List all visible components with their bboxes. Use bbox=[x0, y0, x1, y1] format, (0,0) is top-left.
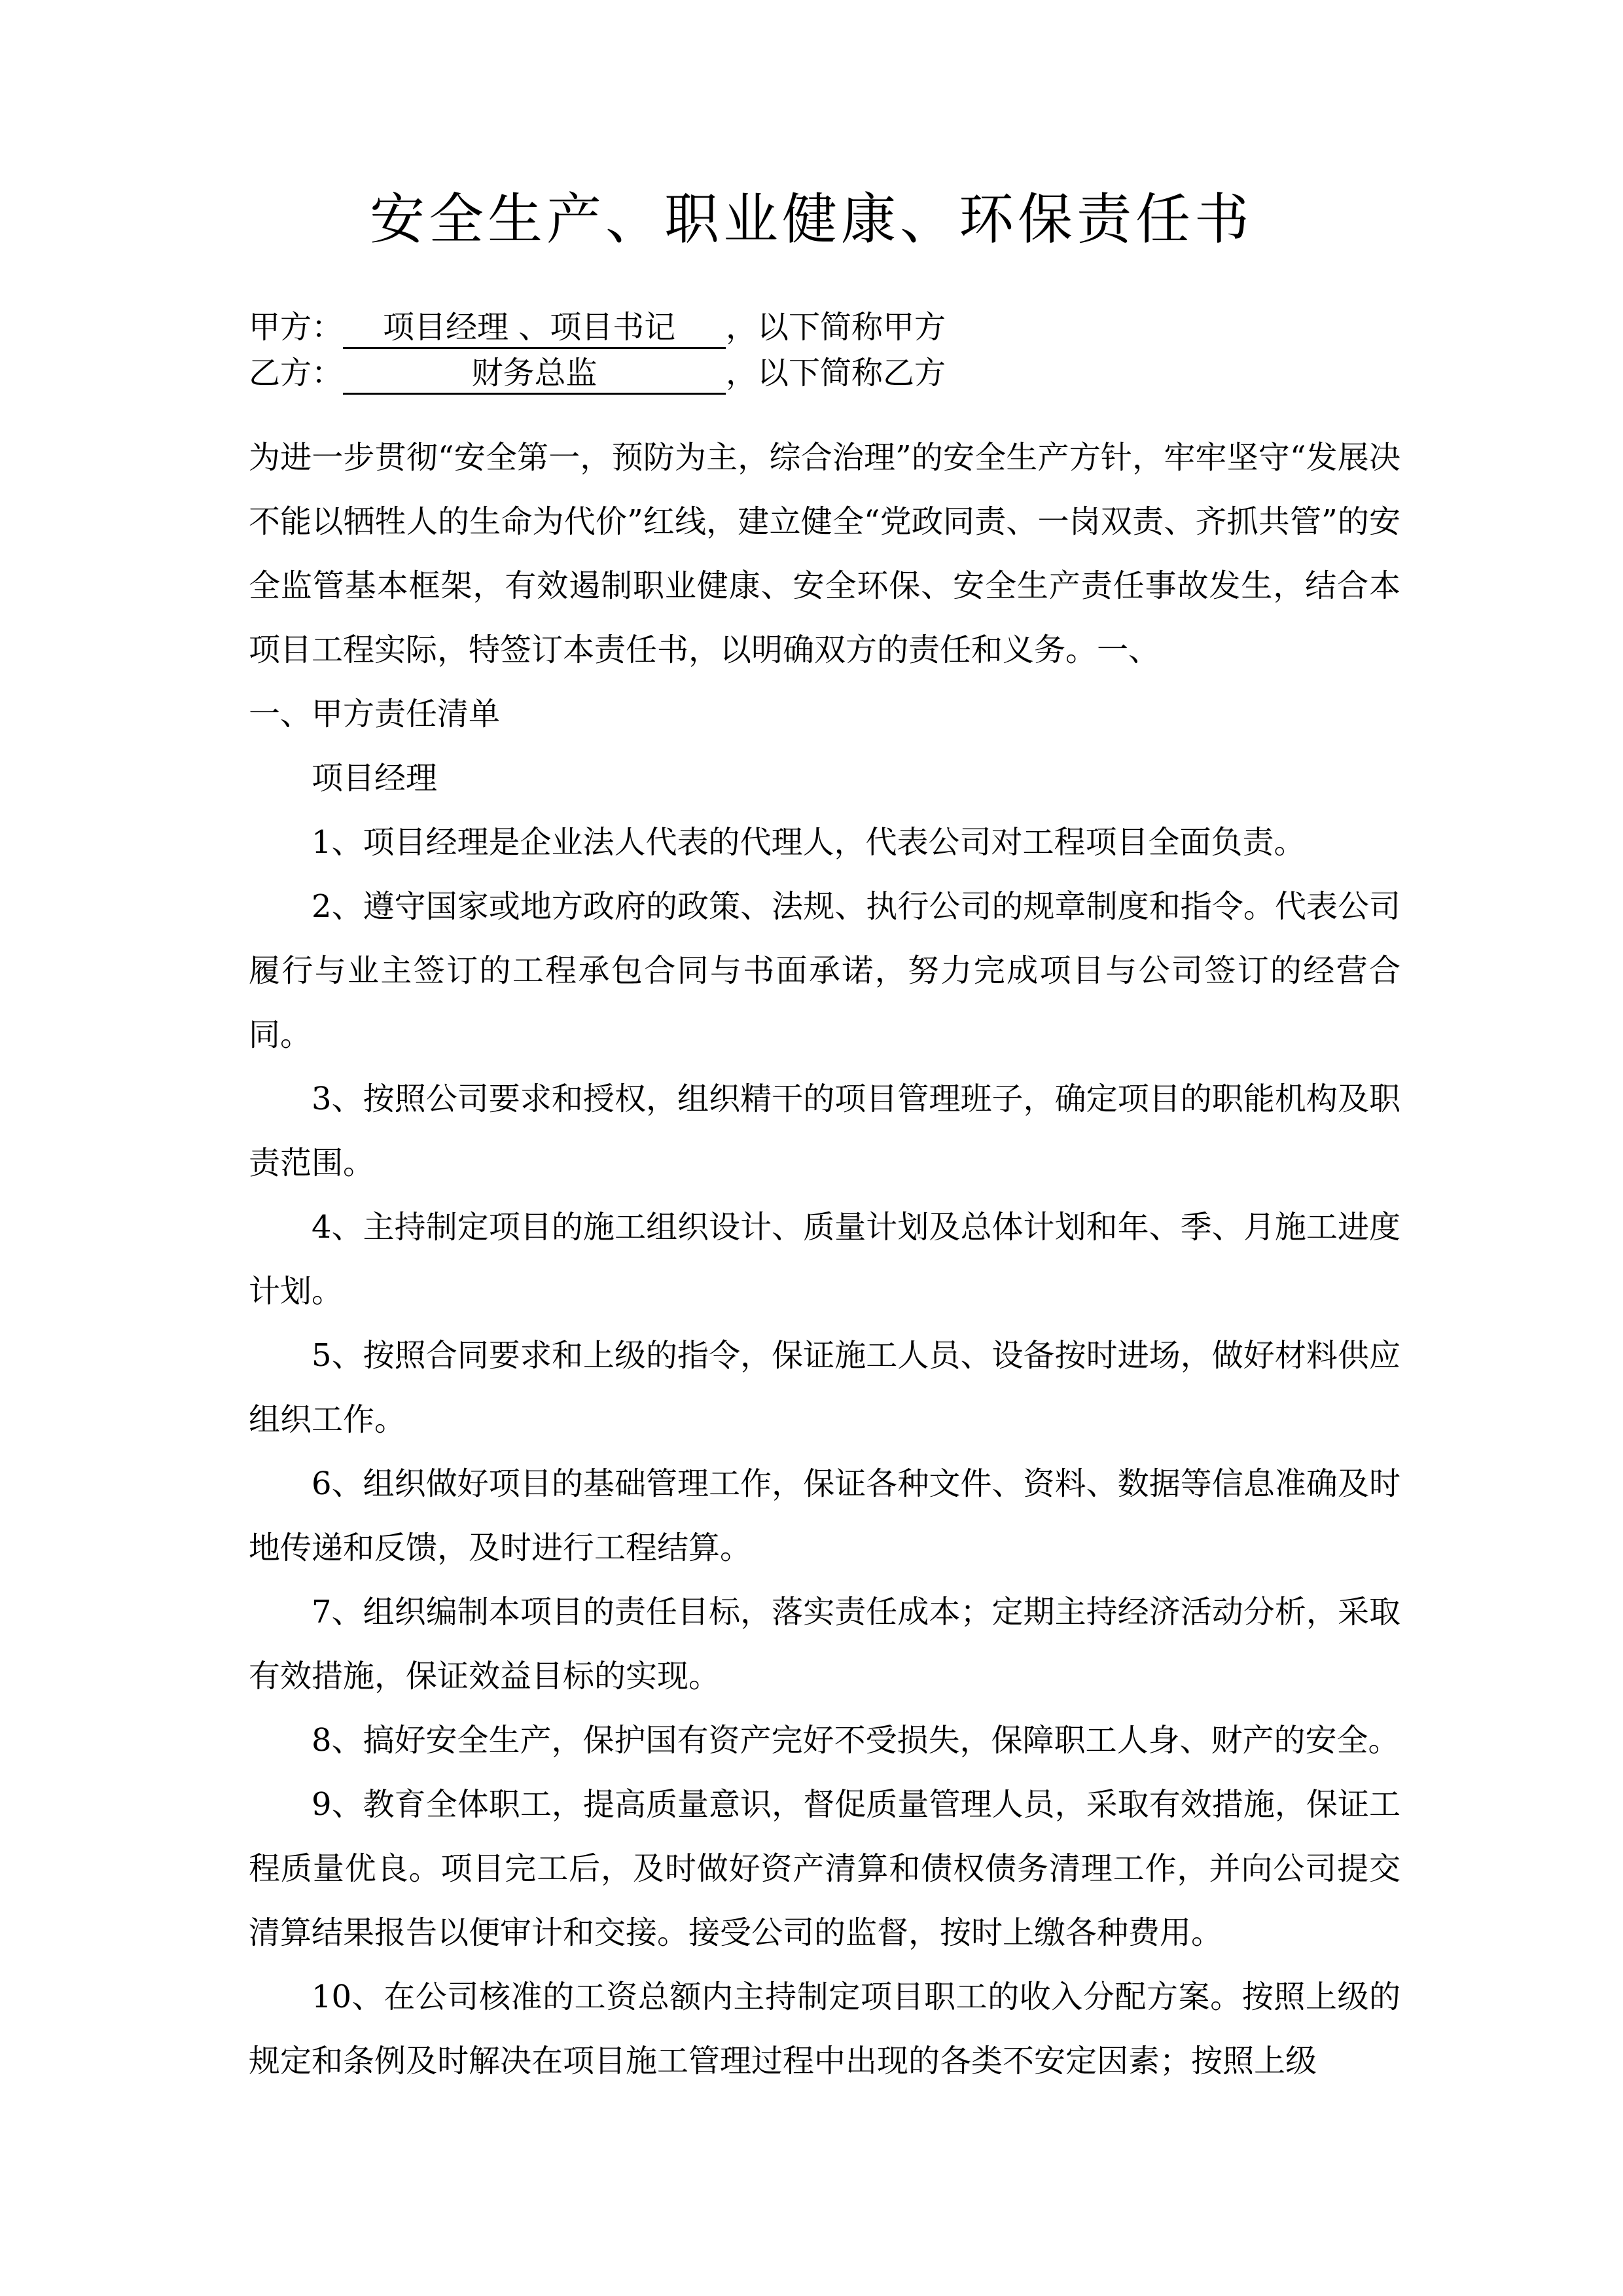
party-b-fill-in: 财务总监 bbox=[343, 353, 726, 395]
clause-item: 8、搞好安全生产，保护国有资产完好不受损失，保障职工人身、财产的安全。 bbox=[249, 1708, 1400, 1772]
party-a-fill-in: 项目经理 、项目书记 bbox=[343, 308, 726, 349]
party-b-label: 乙方： bbox=[249, 355, 343, 391]
clause-item: 1、项目经理是企业法人代表的代理人，代表公司对工程项目全面负责。 bbox=[249, 810, 1400, 874]
party-b-line: 乙方：财务总监，以下简称乙方 bbox=[249, 353, 946, 395]
party-a-label: 甲方： bbox=[249, 309, 343, 346]
clause-item: 5、按照合同要求和上级的指令，保证施工人员、设备按时进场，做好材料供应组织工作。 bbox=[249, 1323, 1400, 1452]
clause-item: 6、组织做好项目的基础管理工作，保证各种文件、资料、数据等信息准确及时地传递和反… bbox=[249, 1452, 1400, 1580]
document-title: 安全生产、职业健康、环保责任书 bbox=[0, 175, 1623, 255]
clause-item: 7、组织编制本项目的责任目标，落实责任成本；定期主持经济活动分析，采取有效措施，… bbox=[249, 1580, 1400, 1708]
clause-item: 3、按照公司要求和授权，组织精干的项目管理班子，确定项目的职能机构及职责范围。 bbox=[249, 1067, 1400, 1195]
document-page: 安全生产、职业健康、环保责任书 甲方： 项目经理 、项目书记 ，以下简称甲方 乙… bbox=[0, 0, 1623, 2296]
party-a-value: 项目经理 、项目书记 bbox=[343, 309, 686, 346]
section-heading: 一、甲方责任清单 bbox=[249, 682, 1400, 746]
party-b-suffix: ，以下简称乙方 bbox=[726, 355, 946, 391]
party-a-suffix: ，以下简称甲方 bbox=[726, 309, 946, 346]
clause-item: 2、遵守国家或地方政府的政策、法规、执行公司的规章制度和指令。代表公司履行与业主… bbox=[249, 874, 1400, 1067]
intro-paragraph: 为进一步贯彻“安全第一，预防为主，综合治理”的安全生产方针，牢牢坚守“发展决不能… bbox=[249, 425, 1400, 682]
sub-heading: 项目经理 bbox=[249, 746, 1400, 810]
clause-item: 9、教育全体职工，提高质量意识，督促质量管理人员，采取有效措施，保证工程质量优良… bbox=[249, 1772, 1400, 1965]
clause-item: 4、主持制定项目的施工组织设计、质量计划及总体计划和年、季、月施工进度计划。 bbox=[249, 1195, 1400, 1323]
party-b-value: 财务总监 bbox=[472, 355, 597, 391]
party-a-line: 甲方： 项目经理 、项目书记 ，以下简称甲方 bbox=[249, 308, 946, 349]
clause-item: 10、在公司核准的工资总额内主持制定项目职工的收入分配方案。按照上级的规定和条例… bbox=[249, 1965, 1400, 2093]
document-body: 为进一步贯彻“安全第一，预防为主，综合治理”的安全生产方针，牢牢坚守“发展决不能… bbox=[249, 425, 1400, 2093]
